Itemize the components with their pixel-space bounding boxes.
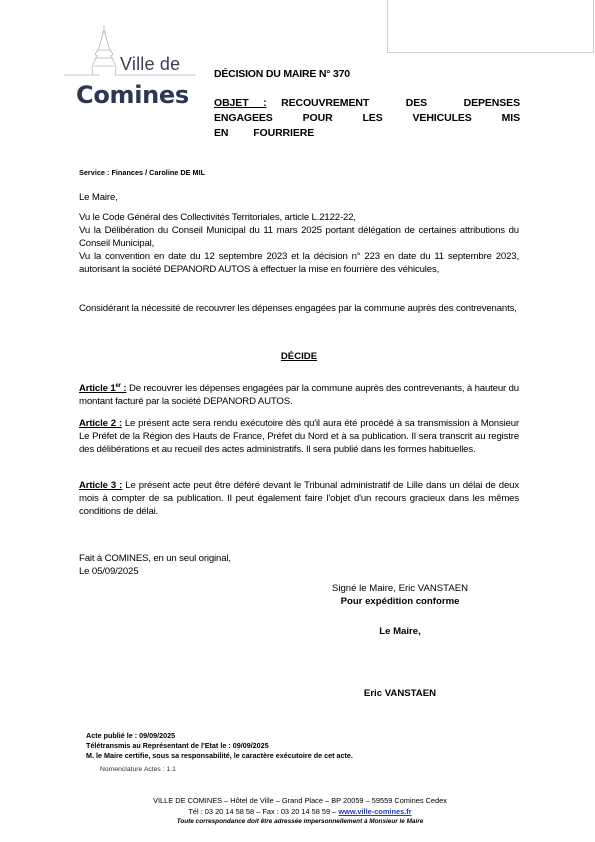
footer-phone: Tél : 03 20 14 58 58 – Fax : 03 20 14 58… [188, 807, 338, 816]
objet-label: OBJET : [214, 97, 267, 109]
decision-title: DÉCISION DU MAIRE N° 370 [214, 68, 350, 80]
article-3: Article 3 : Le présent acte peut être dé… [79, 480, 519, 519]
vu-convention: Vu la convention en date du 12 septembre… [79, 251, 519, 277]
nomenclature: Nomenclature Actes : 1.1 [100, 766, 176, 773]
article-3-text: Le présent acte peut être déféré devant … [79, 480, 519, 517]
teletransmis: Télétransmis au Représentant de l'Etat l… [86, 741, 353, 751]
signed-by: Signé le Maire, Eric VANSTAEN [300, 582, 500, 595]
footer-note: Toute correspondance doit être adressée … [95, 817, 505, 828]
website-link[interactable]: www.ville-comines.fr [338, 807, 411, 816]
considerant: Considérant la nécessité de recouvrer le… [79, 303, 519, 316]
article-2-text: Le présent acte sera rendu exécutoire dè… [79, 418, 519, 455]
signature-le-maire: Le Maire, [300, 625, 500, 638]
footer-address: VILLE DE COMINES – Hôtel de Ville – Gran… [95, 796, 505, 807]
service-line: Service : Finances / Caroline DE MIL [79, 168, 205, 177]
signature-block: Signé le Maire, Eric VANSTAEN Pour expéd… [300, 582, 500, 608]
footer: VILLE DE COMINES – Hôtel de Ville – Gran… [95, 796, 505, 828]
signature-name: Eric VANSTAEN [300, 687, 500, 700]
objet-heading: OBJET : RECOUVREMENT DES DEPENSES ENGAGE… [214, 96, 520, 141]
article-1-label: Article 1er : [79, 383, 126, 394]
fait-a: Fait à COMINES, en un seul original, [79, 553, 231, 566]
article-1-text: De recouvrer les dépenses engagées par l… [79, 383, 519, 407]
expedition-conforme: Pour expédition conforme [300, 595, 500, 608]
logo-comines-text: Comines [76, 81, 189, 109]
publication-info: Acte publié le : 09/09/2025 Télétransmis… [86, 731, 353, 761]
certification: M. le Maire certifie, sous sa responsabi… [86, 751, 353, 761]
logo-ville-text: Ville de [120, 54, 180, 75]
le-maire-intro: Le Maire, [79, 192, 519, 205]
acte-publie: Acte publié le : 09/09/2025 [86, 731, 353, 741]
logo: Ville de Comines [64, 24, 196, 108]
date-line: Le 05/09/2025 [79, 566, 138, 579]
stamp-box [387, 0, 594, 53]
footer-contact: Tél : 03 20 14 58 58 – Fax : 03 20 14 58… [95, 807, 505, 818]
article-2-label: Article 2 : [79, 418, 122, 429]
article-3-label: Article 3 : [79, 480, 122, 491]
vu-deliberation: Vu la Délibération du Conseil Municipal … [79, 225, 519, 251]
vu-code: Vu le Code Général des Collectivités Ter… [79, 212, 519, 225]
article-2: Article 2 : Le présent acte sera rendu e… [79, 418, 519, 457]
decide-heading: DÉCIDE [79, 351, 519, 362]
article-1: Article 1er : De recouvrer les dépenses … [79, 380, 519, 409]
